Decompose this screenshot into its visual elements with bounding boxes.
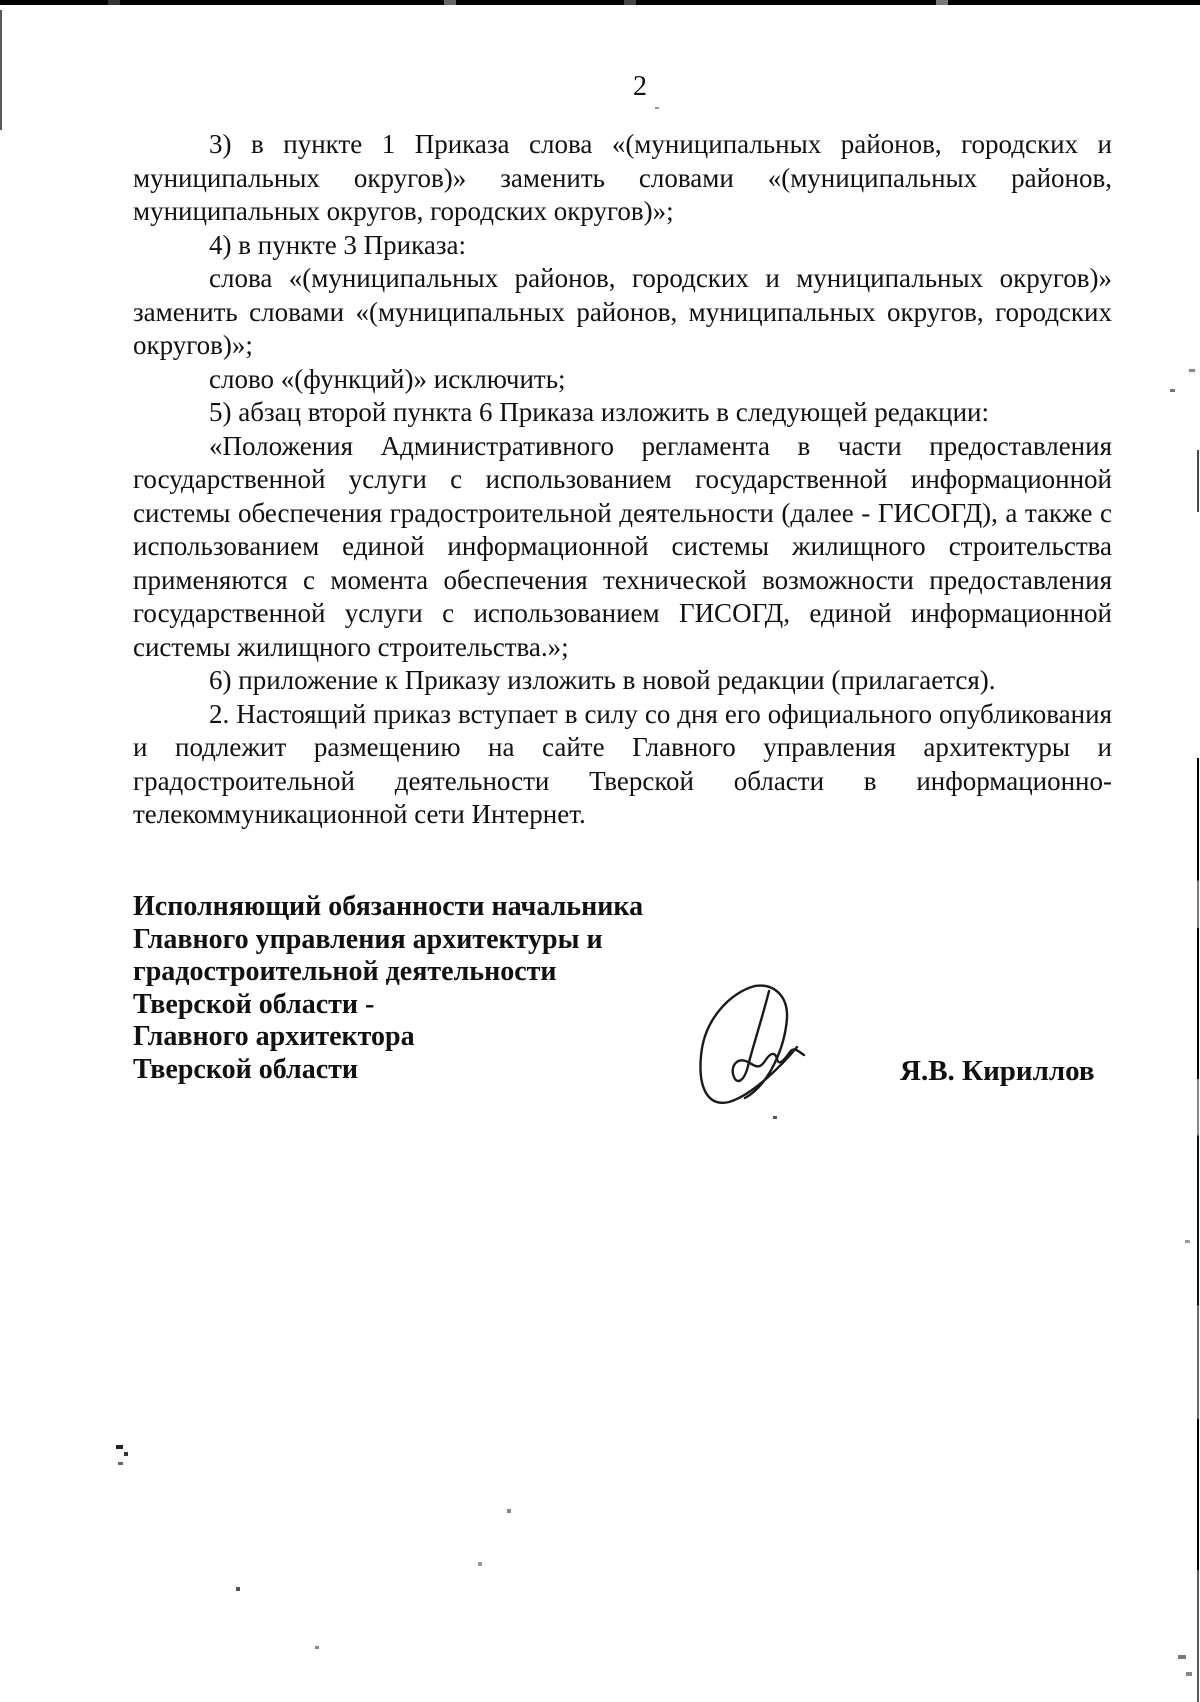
- scan-speck: [116, 1445, 123, 1449]
- paragraph: «Положения Административного регламента …: [133, 430, 1112, 665]
- paragraph: слова «(муниципальных районов, городских…: [133, 262, 1112, 363]
- scan-speck: [507, 1509, 511, 1513]
- scan-speck: [1178, 1655, 1186, 1659]
- signature-title-line: Тверской области -: [133, 989, 753, 1022]
- scan-artifact-right-edge: [1197, 758, 1199, 1702]
- scan-artifact-right-edge: [1197, 450, 1199, 512]
- scan-artifact-left-edge: [0, 10, 2, 130]
- scan-speck: [1170, 389, 1175, 392]
- signature-title-block: Исполняющий обязанности начальника Главн…: [133, 891, 753, 1086]
- page-number: 2: [600, 70, 680, 104]
- scan-speck: [1185, 1240, 1190, 1243]
- signature-title-line: Главного управления архитектуры и: [133, 924, 753, 957]
- scan-speck: [1189, 369, 1195, 372]
- scan-artifact-top-bar: [0, 0, 1200, 5]
- scan-speck: [236, 1587, 240, 1591]
- scan-speck: [773, 1116, 777, 1119]
- paragraph: 5) абзац второй пункта 6 Приказа изложит…: [133, 396, 1112, 430]
- handwritten-signature-icon: [693, 973, 817, 1127]
- paragraph: слово «(функций)» исключить;: [133, 363, 1112, 397]
- paragraph: 4) в пункте 3 Приказа:: [133, 229, 1112, 263]
- scan-speck: [655, 107, 659, 109]
- signature-title-line: градостроительной деятельности: [133, 956, 753, 989]
- scan-speck: [118, 1462, 123, 1465]
- scanned-document-page: 2 3) в пункте 1 Приказа слова «(муниципа…: [0, 0, 1200, 1702]
- signature-title-line: Тверской области: [133, 1054, 753, 1087]
- signature-title-line: Главного архитектора: [133, 1021, 753, 1054]
- signature-title-line: Исполняющий обязанности начальника: [133, 891, 753, 924]
- scan-speck: [315, 1646, 319, 1649]
- document-body: 3) в пункте 1 Приказа слова «(муниципаль…: [133, 128, 1112, 832]
- scan-speck: [1186, 1672, 1192, 1676]
- scan-speck: [124, 1452, 128, 1456]
- paragraph: 3) в пункте 1 Приказа слова «(муниципаль…: [133, 128, 1112, 229]
- signer-name: Я.В. Кириллов: [900, 1055, 1120, 1088]
- scan-speck: [478, 1562, 482, 1566]
- paragraph: 6) приложение к Приказу изложить в новой…: [133, 664, 1112, 698]
- paragraph: 2. Настоящий приказ вступает в силу со д…: [133, 698, 1112, 832]
